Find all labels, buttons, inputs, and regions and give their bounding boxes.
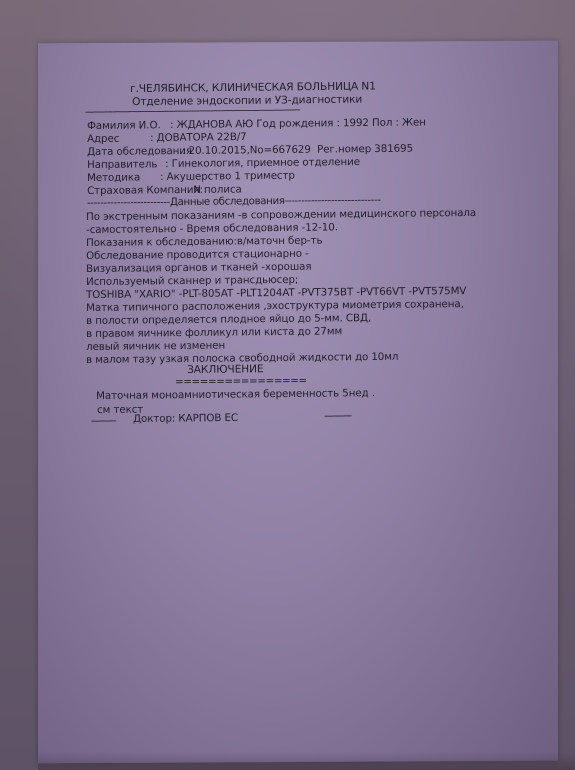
field-label-method: Методика	[87, 171, 140, 185]
conclusion-rule: ================	[175, 375, 307, 389]
doctor-name: Доктор: КАРПОВ ЕС	[133, 412, 238, 426]
header-rule: ----------------------------------------…	[85, 104, 300, 119]
doctor-dash: ---------	[91, 415, 116, 428]
paper-bottom-shadow	[38, 752, 575, 770]
exam-line: в правом яичнике фолликул или киста до 2…	[86, 325, 342, 341]
field-label-name: Фамилия И.О.	[87, 119, 161, 133]
field-value-address: : ДОВАТОРА 22В/7	[150, 131, 247, 145]
field-value-method: : Акушерство 1 триместр	[160, 170, 295, 184]
signature-dash: ----------	[324, 410, 351, 423]
field-value-referrer: : Гинекология, приемное отделение	[165, 156, 360, 171]
field-label-address: Адрес	[87, 133, 119, 146]
field-value-name: : ЖДАНОВА АЮ Год рождения : 1992 Пол : Ж…	[170, 116, 426, 132]
field-label-referrer: Направитель	[87, 158, 157, 172]
